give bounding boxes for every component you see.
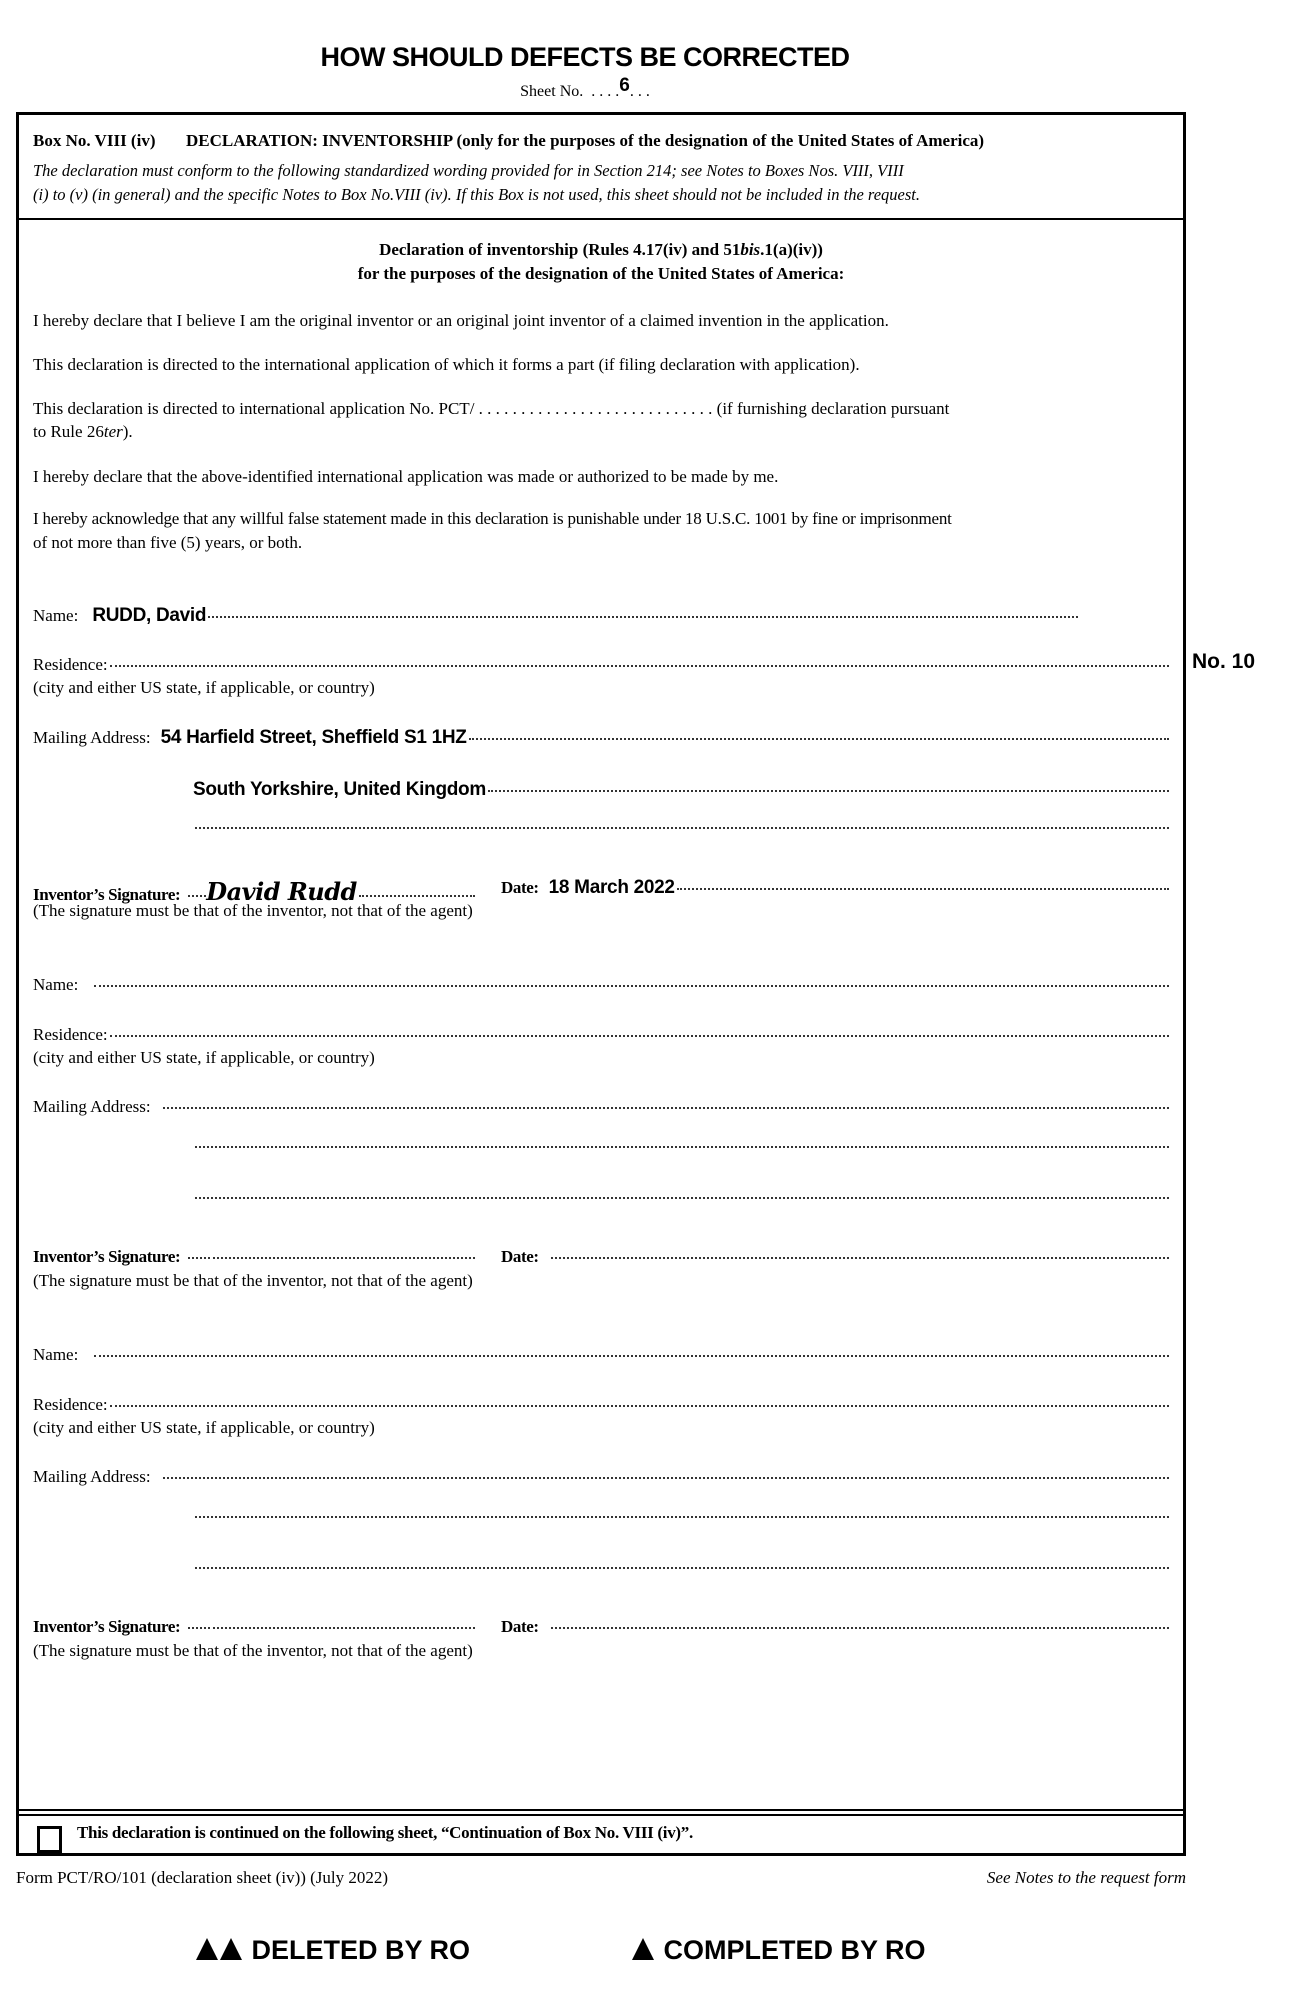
declaration-heading-line1: Declaration of inventorship (Rules 4.17(… <box>19 240 1183 260</box>
address-line2-field[interactable] <box>193 1519 1169 1521</box>
mailing-address-field[interactable]: Mailing Address: <box>33 1467 1169 1487</box>
address-line3-field[interactable] <box>193 1570 1169 1572</box>
date-field[interactable]: Date: 18 March 2022 <box>501 877 1169 899</box>
header-divider <box>19 218 1183 220</box>
residence-label: Residence: <box>33 1025 108 1045</box>
box-number: Box No. VIII (iv) <box>33 131 155 150</box>
residence-field[interactable]: Residence: <box>33 1395 1169 1415</box>
declaration-para-2: This declaration is directed to the inte… <box>33 355 1169 375</box>
notes-reference: See Notes to the request form <box>987 1868 1186 1888</box>
name-field[interactable]: Name: <box>33 975 1169 995</box>
triangle-icon <box>632 1938 654 1960</box>
address-line3-field[interactable] <box>193 830 1169 832</box>
continuation-row: This declaration is continued on the fol… <box>19 1816 1183 1853</box>
mailing-address-label: Mailing Address: <box>33 1097 151 1117</box>
date-label: Date: <box>501 878 539 898</box>
name-field[interactable]: Name: <box>33 1345 1169 1365</box>
declaration-para-4: I hereby declare that the above-identifi… <box>33 467 1169 487</box>
address-line2-field[interactable]: South Yorkshire, United Kingdom <box>193 779 1169 801</box>
name-value[interactable]: RUDD, David <box>92 605 206 627</box>
sheet-number-value[interactable]: 6 <box>619 75 630 96</box>
residence-note: (city and either US state, if applicable… <box>33 1418 375 1438</box>
declaration-para-3: This declaration is directed to internat… <box>33 399 1169 419</box>
triangle-icon <box>220 1938 242 1960</box>
sheet-label: Sheet No. <box>520 83 583 100</box>
signature-note: (The signature must be that of the inven… <box>33 1641 473 1661</box>
signature-label: Inventor’s Signature: <box>33 1617 180 1637</box>
name-label: Name: <box>33 975 78 995</box>
bottom-divider-1 <box>19 1809 1183 1811</box>
signature-label: Inventor’s Signature: <box>33 1247 180 1267</box>
residence-field[interactable]: Residence: <box>33 1025 1169 1045</box>
margin-note: No. 10 <box>1192 650 1255 674</box>
mailing-address-field[interactable]: Mailing Address: 54 Harfield Street, She… <box>33 727 1169 749</box>
box-title: DECLARATION: INVENTORSHIP (only for the … <box>186 131 984 150</box>
signature-note: (The signature must be that of the inven… <box>33 901 473 921</box>
address-line2-field[interactable] <box>193 1149 1169 1151</box>
declaration-heading-line2: for the purposes of the designation of t… <box>19 264 1183 284</box>
form-identifier: Form PCT/RO/101 (declaration sheet (iv))… <box>16 1868 388 1888</box>
mailing-address-label: Mailing Address: <box>33 728 151 748</box>
signature-field[interactable]: Inventor’s Signature: <box>33 1617 475 1637</box>
continuation-label: This declaration is continued on the fol… <box>77 1823 693 1843</box>
continuation-checkbox[interactable] <box>37 1826 62 1853</box>
address-line2-value[interactable]: South Yorkshire, United Kingdom <box>193 779 486 801</box>
declaration-para-5-line2: of not more than five (5) years, or both… <box>33 533 1169 553</box>
sheet-number: Sheet No. . . . .6. . . <box>0 80 1170 102</box>
signature-field[interactable]: Inventor’s Signature: <box>33 1247 475 1267</box>
signature-note: (The signature must be that of the inven… <box>33 1271 473 1291</box>
name-label: Name: <box>33 1345 78 1365</box>
declaration-para-3-line2: to Rule 26ter). <box>33 422 1169 442</box>
pct-number-field[interactable]: . . . . . . . . . . . . . . . . . . . . … <box>474 399 716 418</box>
box-heading: Box No. VIII (iv) DECLARATION: INVENTORS… <box>33 131 1169 151</box>
triangle-icon <box>196 1938 218 1960</box>
declaration-para-5-line1: I hereby acknowledge that any willful fa… <box>33 509 1169 529</box>
address-line3-field[interactable] <box>193 1200 1169 1202</box>
residence-field[interactable]: Residence: <box>33 655 1169 675</box>
date-field[interactable]: Date: <box>501 1247 1169 1267</box>
address-line1-value[interactable]: 54 Harfield Street, Sheffield S1 1HZ <box>161 727 467 749</box>
residence-note: (city and either US state, if applicable… <box>33 1048 375 1068</box>
deleted-by-ro-legend: DELETED BY RO <box>196 1935 470 1966</box>
residence-label: Residence: <box>33 655 108 675</box>
date-value[interactable]: 18 March 2022 <box>549 877 675 899</box>
completed-by-ro-legend: COMPLETED BY RO <box>632 1935 926 1966</box>
box-instructions-line1: The declaration must conform to the foll… <box>33 161 1169 181</box>
name-label: Name: <box>33 606 78 626</box>
date-label: Date: <box>501 1247 539 1267</box>
residence-label: Residence: <box>33 1395 108 1415</box>
box-instructions-line2: (i) to (v) (in general) and the specific… <box>33 185 1169 205</box>
declaration-box: Box No. VIII (iv) DECLARATION: INVENTORS… <box>16 112 1186 1856</box>
page-title: HOW SHOULD DEFECTS BE CORRECTED <box>0 42 1170 73</box>
mailing-address-label: Mailing Address: <box>33 1467 151 1487</box>
date-label: Date: <box>501 1617 539 1637</box>
name-field[interactable]: Name: RUDD, David <box>33 605 1078 627</box>
residence-note: (city and either US state, if applicable… <box>33 678 375 698</box>
declaration-para-1: I hereby declare that I believe I am the… <box>33 311 1169 331</box>
mailing-address-field[interactable]: Mailing Address: <box>33 1097 1169 1117</box>
date-field[interactable]: Date: <box>501 1617 1169 1637</box>
